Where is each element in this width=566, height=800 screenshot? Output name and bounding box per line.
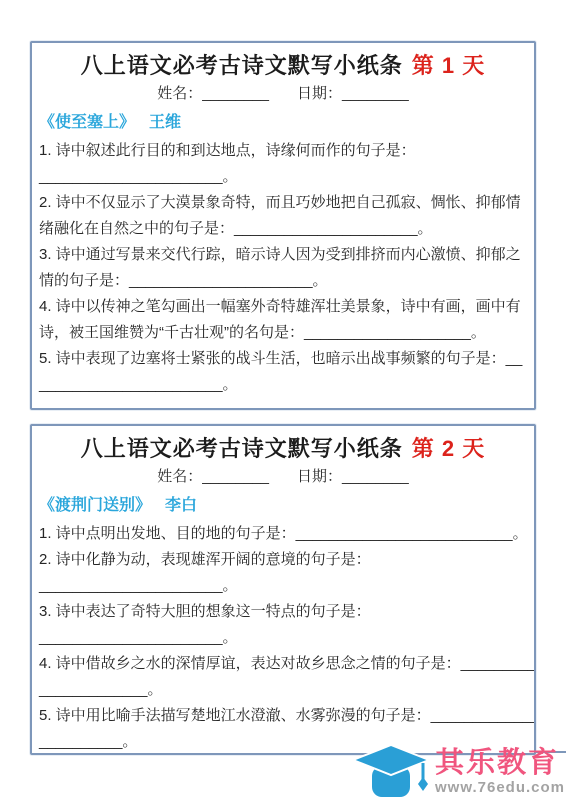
answer-blank-line: 绪融化在自然之中的句子是：______________________。 — [32, 216, 534, 242]
name-date-row: 姓名：________日期：________ — [32, 81, 534, 107]
answer-blank-line: _____________。 — [32, 677, 534, 703]
poem-author: 李白 — [165, 497, 197, 514]
card-title: 八上语文必考古诗文默写小纸条第 2 天 — [32, 434, 534, 464]
question-line: 1. 诗中点明出发地、目的地的句子是：_____________________… — [32, 521, 534, 547]
poem-author: 王维 — [149, 114, 181, 131]
card-title-text: 八上语文必考古诗文默写小纸条 — [81, 53, 403, 78]
name-date-row: 姓名：________日期：________ — [32, 464, 534, 490]
question-line: 5. 诗中用比喻手法描写楚地江水澄澈、水雾弥漫的句子是：____________… — [32, 703, 534, 729]
card-title: 八上语文必考古诗文默写小纸条第 1 天 — [32, 51, 534, 81]
answer-blank-line: 情的句子是：______________________。 — [32, 268, 534, 294]
card-title-text: 八上语文必考古诗文默写小纸条 — [81, 436, 403, 461]
question-list: 1. 诗中点明出发地、目的地的句子是：_____________________… — [32, 521, 534, 755]
worksheet-card-day2: 八上语文必考古诗文默写小纸条第 2 天 姓名：________日期：______… — [30, 424, 536, 755]
logo-name: 其乐教育 — [435, 748, 565, 779]
name-blank-line: ________ — [202, 85, 269, 102]
answer-blank-line: ______________________。 — [32, 372, 534, 398]
logo-text-block: 其乐教育 www.76edu.com — [435, 748, 565, 798]
poem-title: 《使至塞上》 — [39, 114, 135, 131]
answer-blank-line: ______________________。 — [32, 625, 534, 651]
date-blank-line: ________ — [342, 468, 409, 485]
date-blank-line: ________ — [342, 85, 409, 102]
date-label: 日期： — [297, 85, 342, 102]
name-label: 姓名： — [157, 468, 202, 485]
poem-heading: 《使至塞上》王维 — [32, 109, 534, 137]
worksheet-card-day1: 八上语文必考古诗文默写小纸条第 1 天 姓名：________日期：______… — [30, 41, 536, 410]
question-line: 3. 诗中通过写景来交代行踪，暗示诗人因为受到排挤而内心激愤、抑郁之 — [32, 242, 534, 268]
question-line: 1. 诗中叙述此行目的和到达地点，诗缘何而作的句子是： — [32, 138, 534, 164]
question-line: 4. 诗中以传神之笔勾画出一幅塞外奇特雄浑壮美景象，诗中有画，画中有 — [32, 294, 534, 320]
question-line: 2. 诗中不仅显示了大漠景象奇特，而且巧妙地把自己孤寂、惆怅、抑郁情 — [32, 190, 534, 216]
question-line: 2. 诗中化静为动，表现雄浑开阔的意境的句子是： — [32, 547, 534, 573]
name-blank-line: ________ — [202, 468, 269, 485]
question-line: 3. 诗中表达了奇特大胆的想象这一特点的句子是： — [32, 599, 534, 625]
question-list: 1. 诗中叙述此行目的和到达地点，诗缘何而作的句子是： ____________… — [32, 138, 534, 398]
answer-blank-line: ______________________。 — [32, 164, 534, 190]
card-title-day: 第 1 天 — [412, 53, 485, 78]
name-label: 姓名： — [157, 85, 202, 102]
question-line: 4. 诗中借故乡之水的深情厚谊，表达对故乡思念之情的句子是：__________… — [32, 651, 534, 677]
question-line: 5. 诗中表现了边塞将士紧张的战斗生活，也暗示出战事频繁的句子是：__ — [32, 346, 534, 372]
answer-blank-line: ______________________。 — [32, 573, 534, 599]
card-title-day: 第 2 天 — [412, 436, 485, 461]
date-label: 日期： — [297, 468, 342, 485]
site-logo: 其乐教育 www.76edu.com — [351, 745, 565, 798]
poem-title: 《渡荆门送别》 — [39, 497, 151, 514]
answer-blank-line: 诗，被王国维赞为“千古壮观”的名句是：____________________。 — [32, 320, 534, 346]
graduation-cap-icon — [351, 745, 431, 800]
poem-heading: 《渡荆门送别》李白 — [32, 492, 534, 520]
logo-url: www.76edu.com — [435, 779, 565, 796]
